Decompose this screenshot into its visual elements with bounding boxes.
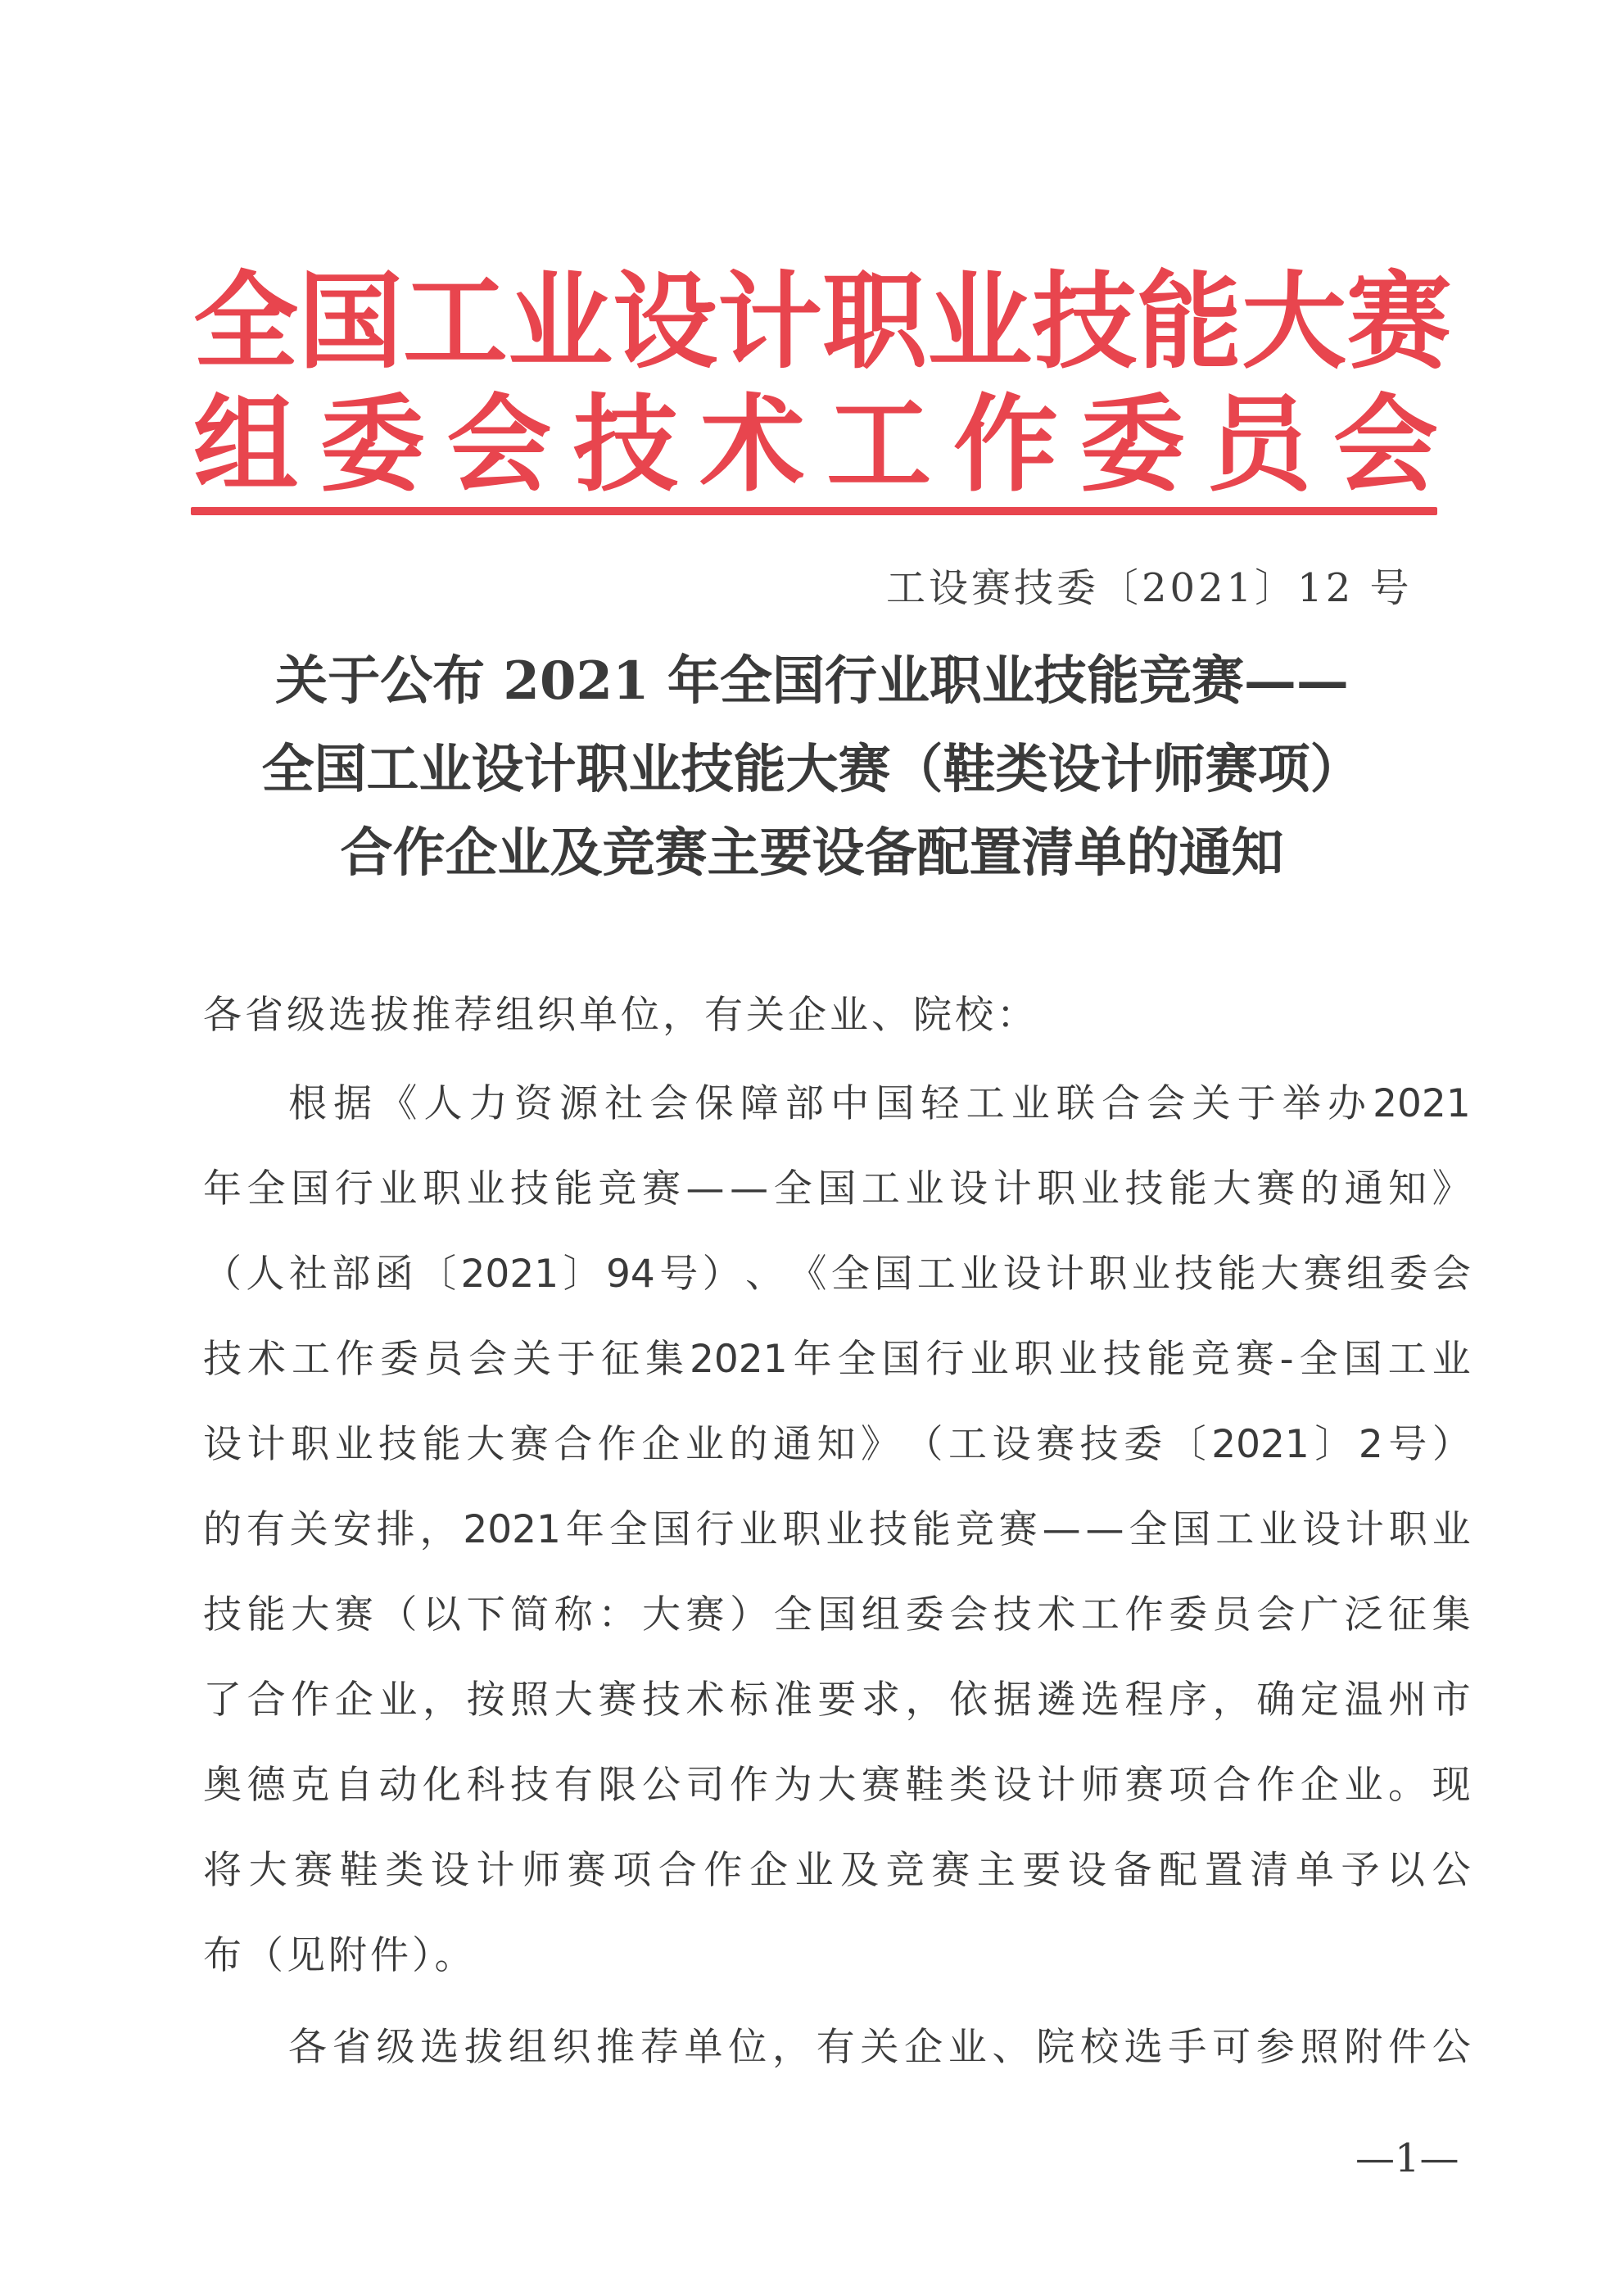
paragraph-1-line: 根据《人力资源社会保障部中国轻工业联合会关于举办2021 <box>288 1080 1471 1129</box>
paragraph-1-line: （人社部函〔2021〕94号）、《全国工业设计职业技能大赛组委会 <box>203 1250 1471 1299</box>
paragraph-1-line: 的有关安排，2021年全国行业职业技能竞赛——全国工业设计职业 <box>203 1506 1471 1555</box>
paragraph-1-line: 技能大赛（以下简称：大赛）全国组委会技术工作委员会广泛征集 <box>203 1591 1471 1640</box>
page-number: —1— <box>1355 2134 1459 2183</box>
title-line-3: 合作企业及竞赛主要设备配置清单的通知 <box>0 821 1624 886</box>
paragraph-1-line: 奥德克自动化科技有限公司作为大赛鞋类设计师赛项合作企业。现 <box>203 1761 1471 1810</box>
salutation: 各省级选拔推荐组织单位，有关企业、院校： <box>203 991 1471 1040</box>
document-number: 工设赛技委〔2021〕12 号 <box>886 564 1413 613</box>
paragraph-1-line: 布（见附件）。 <box>203 1931 1471 1981</box>
title-line-2: 全国工业设计职业技能大赛（鞋类设计师赛项） <box>0 737 1624 803</box>
paragraph-2-line: 各省级选拔组织推荐单位，有关企业、院校选手可参照附件公 <box>288 2023 1471 2072</box>
paragraph-1-line: 技术工作委员会关于征集2021年全国行业职业技能竞赛-全国工业 <box>203 1335 1471 1384</box>
paragraph-1-line: 设计职业技能大赛合作企业的通知》（工设赛技委〔2021〕2号） <box>203 1420 1471 1470</box>
masthead-line-2: 组委会技术工作委员会 <box>193 383 1438 506</box>
title-line-1: 关于公布 2021 年全国行业职业技能竞赛—— <box>0 649 1624 714</box>
masthead-line-1: 全国工业设计职业技能大赛 <box>193 260 1438 383</box>
document-page: 全国工业设计职业技能大赛 组委会技术工作委员会 工设赛技委〔2021〕12 号 … <box>0 0 1624 2296</box>
paragraph-1-line: 年全国行业职业技能竞赛——全国工业设计职业技能大赛的通知》 <box>203 1165 1471 1214</box>
paragraph-1-line: 了合作企业，按照大赛技术标准要求，依据遴选程序，确定温州市 <box>203 1676 1471 1725</box>
red-divider-rule <box>191 507 1437 515</box>
paragraph-1-line: 将大赛鞋类设计师赛项合作企业及竞赛主要设备配置清单予以公 <box>203 1846 1471 1895</box>
